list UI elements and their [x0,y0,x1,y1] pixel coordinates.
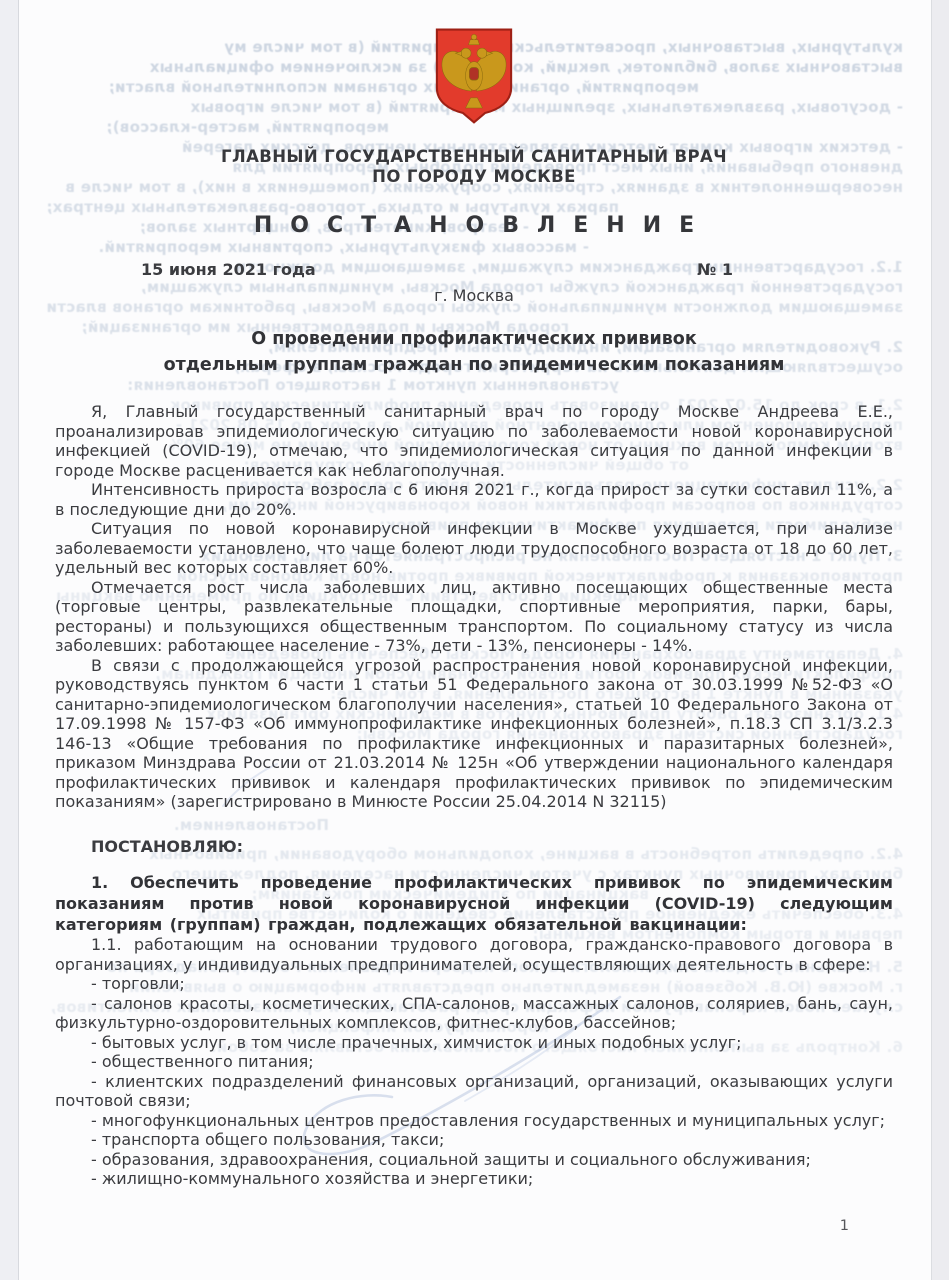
sphere-list-item: - образования, здравоохранения, социальн… [55,1150,893,1170]
item-1-1: 1.1. работающим на основании трудового д… [55,935,893,974]
sphere-list-item: - салонов красоты, косметических, СПА-са… [55,994,893,1033]
sphere-list: - торговли;- салонов красоты, косметичес… [55,974,893,1189]
document-number: № 1 [697,260,733,279]
document-body: Я, Главный государственный санитарный вр… [55,402,893,1189]
sphere-list-item: - жилищно-коммунального хозяйства и энер… [55,1169,893,1189]
org-name-line2: ПО ГОРОДУ МОСКВЕ [55,167,893,187]
document-type-heading: ПОСТАНОВЛЕНИЕ [55,213,893,239]
paragraph-growth-rate: Интенсивность прироста возросла с 6 июня… [55,480,893,519]
sphere-list-item: - клиентских подразделений финансовых ор… [55,1072,893,1111]
document-city: г. Москва [55,286,893,305]
sphere-list-item: - многофункциональных центров предоставл… [55,1111,893,1131]
page-edge-left [0,0,19,1280]
document-title-line1: О проведении профилактических прививок [251,329,696,349]
item-1: 1. Обеспечить проведение профилактически… [55,872,893,935]
document-content: ГЛАВНЫЙ ГОСУДАРСТВЕННЫЙ САНИТАРНЫЙ ВРАЧ … [55,0,893,1189]
paragraph-public-places: Отмечается рост числа заболевших лиц, ак… [55,578,893,656]
org-name-line1: ГЛАВНЫЙ ГОСУДАРСТВЕННЫЙ САНИТАРНЫЙ ВРАЧ [55,147,893,167]
document-title: О проведении профилактических прививок о… [55,326,893,378]
page-edge-right [931,0,949,1280]
document-page: культурных, выставочных, просветительски… [0,0,949,1280]
sphere-list-item: - общественного питания; [55,1052,893,1072]
page-number: 1 [840,1218,849,1234]
sphere-list-item: - бытовых услуг, в том числе прачечных, … [55,1033,893,1053]
document-title-line2: отдельным группам граждан по эпидемическ… [164,355,785,375]
paragraph-situation: Ситуация по новой коронавирусной инфекци… [55,519,893,578]
russia-coat-of-arms-icon [431,27,517,124]
date-number-row: 15 июня 2021 года № 1 [55,260,893,279]
paragraph-preamble: Я, Главный государственный санитарный вр… [55,402,893,480]
resolve-heading: ПОСТАНОВЛЯЮ: [55,837,893,857]
document-date: 15 июня 2021 года [141,260,316,279]
paragraph-legal-basis: В связи с продолжающейся угрозой распрос… [55,656,893,812]
sphere-list-item: - транспорта общего пользования, такси; [55,1130,893,1150]
sphere-list-item: - торговли; [55,974,893,994]
